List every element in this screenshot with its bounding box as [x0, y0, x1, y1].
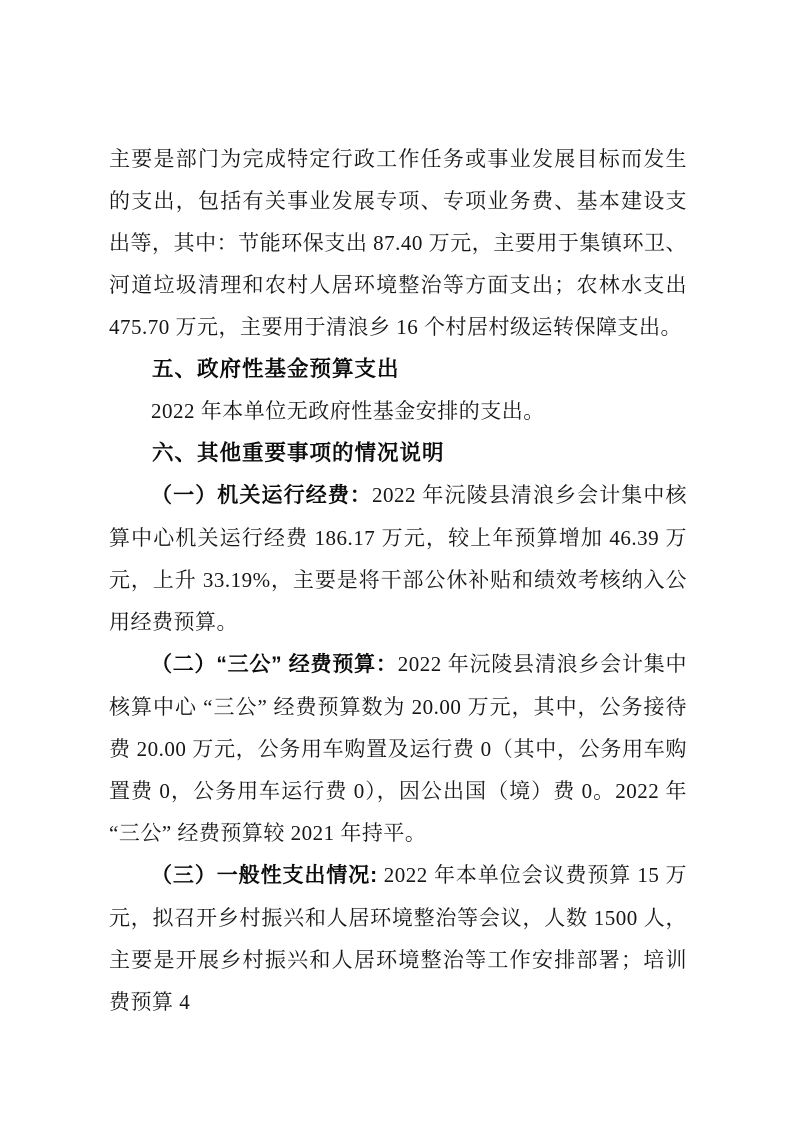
- paragraph-agency-operating-expenses: （一）机关运行经费：2022 年沅陵县清浪乡会计集中核算中心机关运行经费 186…: [109, 474, 687, 643]
- paragraph-general-expenditure-situation: （三）一般性支出情况: 2022 年本单位会议费预算 15 万元，拟召开乡村振兴…: [109, 854, 687, 1023]
- heading-section-6-other-important-matters: 六、其他重要事项的情况说明: [109, 432, 687, 474]
- paragraph-label-three-public-expenses-budget: （二）“三公” 经费预算：: [151, 653, 398, 676]
- document-page: 主要是部门为完成特定行政工作任务或事业发展目标而发生的支出，包括有关事业发展专项…: [0, 0, 793, 1122]
- paragraph-label-general-expenditure-situation: （三）一般性支出情况:: [151, 864, 378, 887]
- paragraph-label-agency-operating-expenses: （一）机关运行经费：: [151, 484, 372, 507]
- paragraph-project-expenditure-continued: 主要是部门为完成特定行政工作任务或事业发展目标而发生的支出，包括有关事业发展专项…: [109, 138, 687, 348]
- heading-section-5-gov-fund-budget: 五、政府性基金预算支出: [109, 348, 687, 390]
- paragraph-text-three-public-expenses-budget: 2022 年沅陵县清浪乡会计集中核算中心 “三公” 经费预算数为 20.00 万…: [109, 652, 687, 845]
- paragraph-no-gov-fund-expenditure: 2022 年本单位无政府性基金安排的支出。: [109, 390, 687, 432]
- paragraph-three-public-expenses-budget: （二）“三公” 经费预算：2022 年沅陵县清浪乡会计集中核算中心 “三公” 经…: [109, 643, 687, 854]
